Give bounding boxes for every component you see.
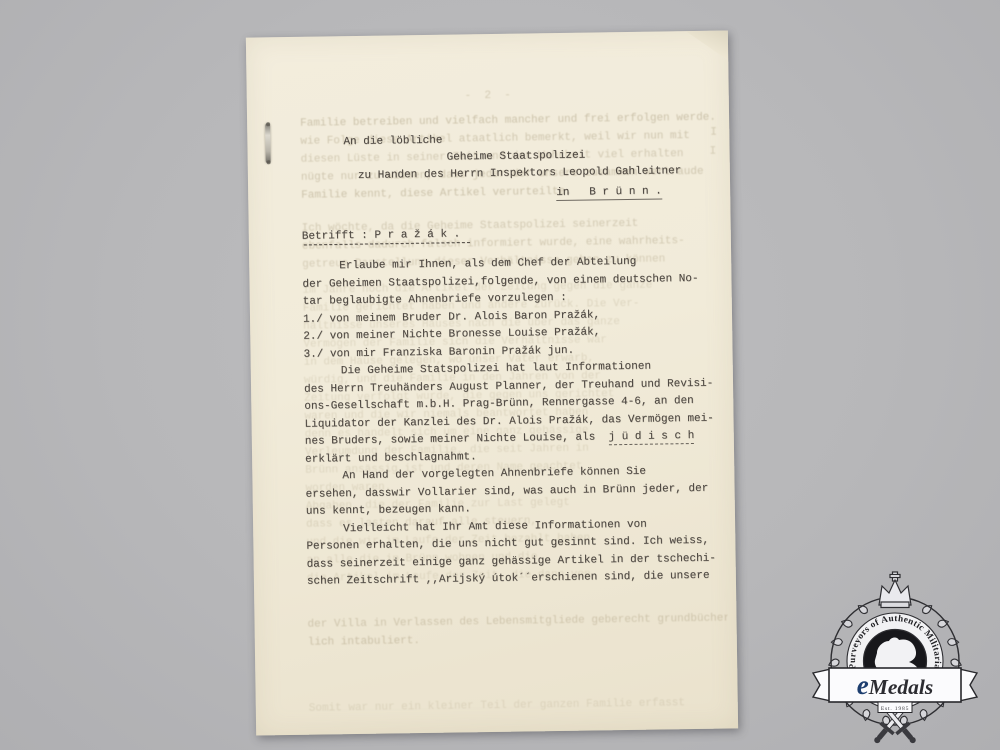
brand-text: eMedals: [857, 670, 933, 700]
recipient-city-underlined: in B r ü n n .: [556, 185, 662, 200]
emedals-badge: Purveyors of Authentic Militaria eMedals…: [805, 569, 985, 749]
bleedthrough-line: lich intabuliert.: [308, 633, 420, 652]
brand-banner: eMedals: [813, 668, 977, 702]
recipient-city-line: in B r ü n n .: [556, 183, 662, 202]
underlined-word: j ü d i s c h: [608, 430, 694, 445]
document-body: Erlaube mir Ihnen, als dem Chef der Abte…: [302, 253, 727, 592]
bleedthrough-line: der Villa in Verlassen des Lebensmitglie…: [307, 611, 727, 635]
established-tab: Est. 1985: [878, 702, 912, 713]
bleed-page-number: - 2 -: [247, 84, 729, 109]
est-text: Est. 1985: [881, 706, 909, 712]
bleedthrough-line: Familie kennt, diese Artikel verurteilte…: [301, 184, 572, 206]
bleedthrough-line: Somit war nur ein kleiner Teil der ganze…: [309, 695, 685, 718]
subject-underline: ---------------------------------: [302, 235, 471, 255]
recipient-line: An die löbliche: [343, 133, 442, 152]
emedals-watermark: Purveyors of Authentic Militaria eMedals…: [805, 569, 985, 749]
document-paper: - 2 - Familie betreiben und vielfach man…: [246, 30, 738, 735]
bleedthrough-line: I: [709, 144, 716, 162]
photo-background: { "scene": { "background_color": "#b7b7b…: [0, 0, 1000, 750]
bleedthrough-line: I: [710, 125, 717, 143]
crown-icon: [879, 572, 911, 608]
